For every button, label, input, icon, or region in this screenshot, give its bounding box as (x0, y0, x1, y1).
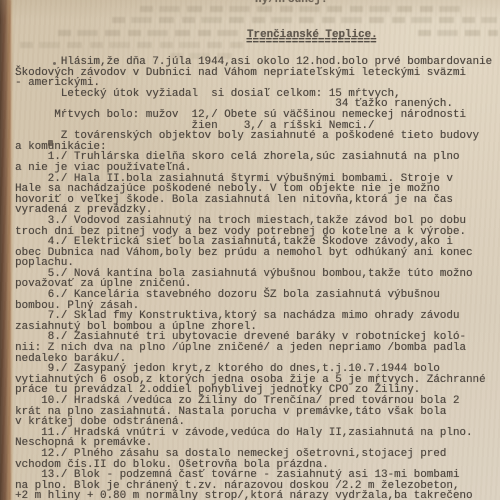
clipped-header-line: Hy/hrodnej. (255, 0, 328, 6)
ink-speck (53, 62, 56, 65)
ink-speck (48, 140, 53, 146)
document-line: 12./ Plného zásahu sa dostalo nemeckej o… (15, 449, 500, 460)
bleedthrough-text-ghost (418, 30, 498, 36)
document-line: obec Dubnica nad Váhom,boly bez prúdu a … (15, 248, 500, 259)
document-line: 3./ Vodovod zasiahnutý na troch miestach… (15, 216, 500, 227)
bleedthrough-text-ghost (140, 6, 460, 12)
document-body: Hlásim,že dňa 7.júla 1944,asi okolo 12.h… (15, 57, 500, 500)
bleedthrough-text-ghost (20, 42, 245, 48)
document-line: Mŕtvych bolo: mužov 12,/ Obete sú väčšin… (15, 110, 500, 121)
bleedthrough-text-ghost (58, 30, 240, 36)
document-line: Hlásim,že dňa 7.júla 1944,asi okolo 12.h… (15, 57, 500, 68)
page-edge-shadow (0, 0, 14, 500)
page-edge-crease (9, 0, 11, 500)
document-line: +2 m hliny + 0.80 m normálny strop/,ktor… (15, 491, 500, 500)
document-line: a nie je viac používateľná. (15, 163, 500, 174)
title-underline: ==================== (246, 36, 377, 48)
document-line: 10./ Hradská /vedúca zo Žiliny do Trenčí… (15, 396, 500, 407)
scanned-document-page: Hy/hrodnej. Trenčianské Teplice. =======… (0, 0, 500, 500)
bleedthrough-text-ghost (112, 17, 497, 23)
